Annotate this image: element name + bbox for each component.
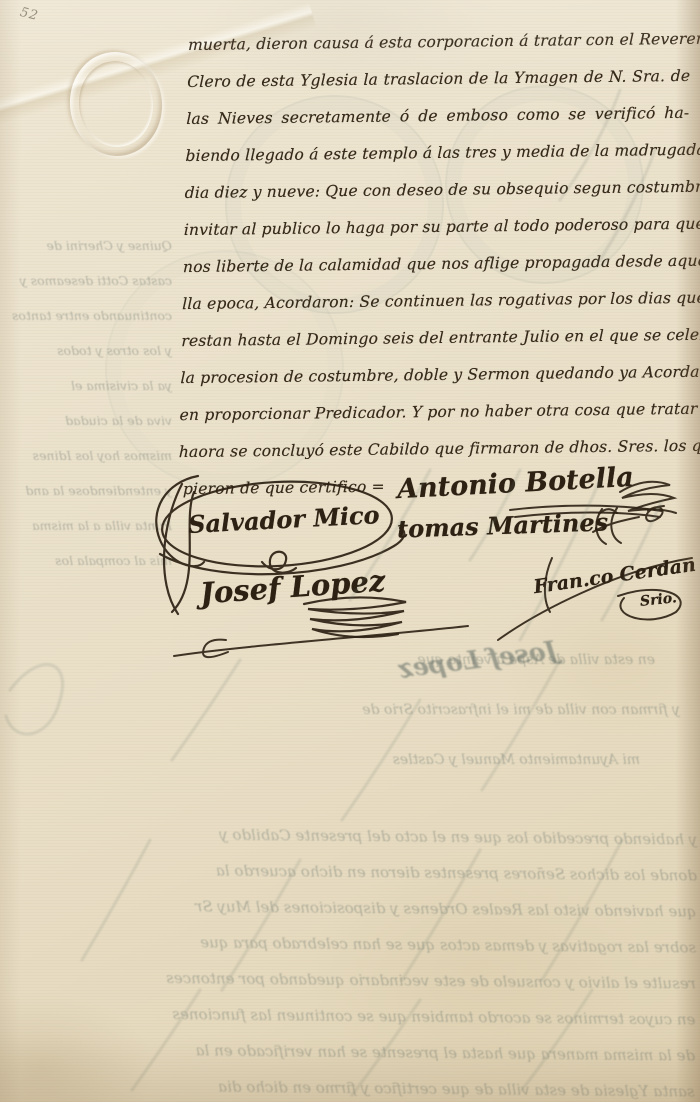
ghost-line: continuando entre tantos (0, 298, 172, 333)
embossed-seal (65, 47, 167, 160)
lopez-scribble-flourish (300, 596, 412, 646)
folio-number: 52 (18, 5, 40, 24)
ghost-line: santa Yglesia de esta villa de que certi… (25, 1067, 695, 1102)
bleedthrough-bottom: y habiendo precedido los que en el acto … (3, 814, 698, 1102)
ghost-line: y firman con villa de mi el infrascrito … (120, 702, 680, 718)
ghost-line: Quinse y Cherini de (0, 228, 172, 263)
manuscript-line: las Nieves secretamente ó de emboso como… (186, 95, 690, 138)
manuscript-body: muerta, dieron causa á esta corporacion … (178, 21, 692, 508)
ghost-line: mismos hoy los Idines (0, 438, 172, 473)
ghost-line: Punta villa a la misma (0, 508, 172, 543)
ghost-line: en esta villa de Aspe a veinte que (185, 652, 655, 668)
manuscript-line: en proporcionar Predicador. Y por no hab… (179, 391, 683, 434)
signature-lopez: Josef Lopez (199, 564, 386, 611)
manuscript-page: 52 Quinse y Cherini de castas Cotti dese… (0, 0, 700, 1102)
ghost-mirrored-signature: Josef Lopez (397, 635, 559, 683)
ghost-line: mi Ayuntamiento Manuel y Castles (210, 752, 640, 768)
lopez-underline-sweep (158, 618, 478, 664)
manuscript-line: la procesion de costumbre, doble y Sermo… (180, 354, 684, 397)
ghost-line: mis al compala los (0, 543, 172, 578)
ghost-line: castas Cotti deseamos y (0, 263, 172, 298)
signature-cerdan-title: Srio. (639, 590, 677, 610)
manuscript-line: nos liberte de la calamidad que nos afli… (183, 243, 687, 286)
manuscript-line: lla epoca, Acordaron: Se continuen las r… (182, 280, 686, 323)
manuscript-line: Clero de esta Yglesia la traslacion de l… (187, 58, 691, 101)
ghost-line: ya la civisima el (0, 368, 172, 403)
ghost-line: viva de la ciudad (0, 403, 172, 438)
ghost-line: y los otros y todos (0, 333, 172, 368)
manuscript-line: dia diez y nueve: Que con deseo de su ob… (184, 169, 688, 212)
signature-martines: tomas Martines (397, 507, 609, 543)
manuscript-line: restan hasta el Domingo seis del entrant… (181, 317, 685, 360)
manuscript-line: biendo llegado á este templo á las tres … (185, 132, 689, 175)
manuscript-line: muerta, dieron causa á esta corporacion … (188, 21, 692, 64)
manuscript-line: invitar al publico lo haga por su parte … (183, 206, 687, 249)
ghost-line: y entendiendose la and (0, 473, 172, 508)
bleedthrough-left-margin: Quinse y Cherini de castas Cotti deseamo… (0, 228, 172, 578)
embossed-seal-ring (75, 57, 158, 150)
